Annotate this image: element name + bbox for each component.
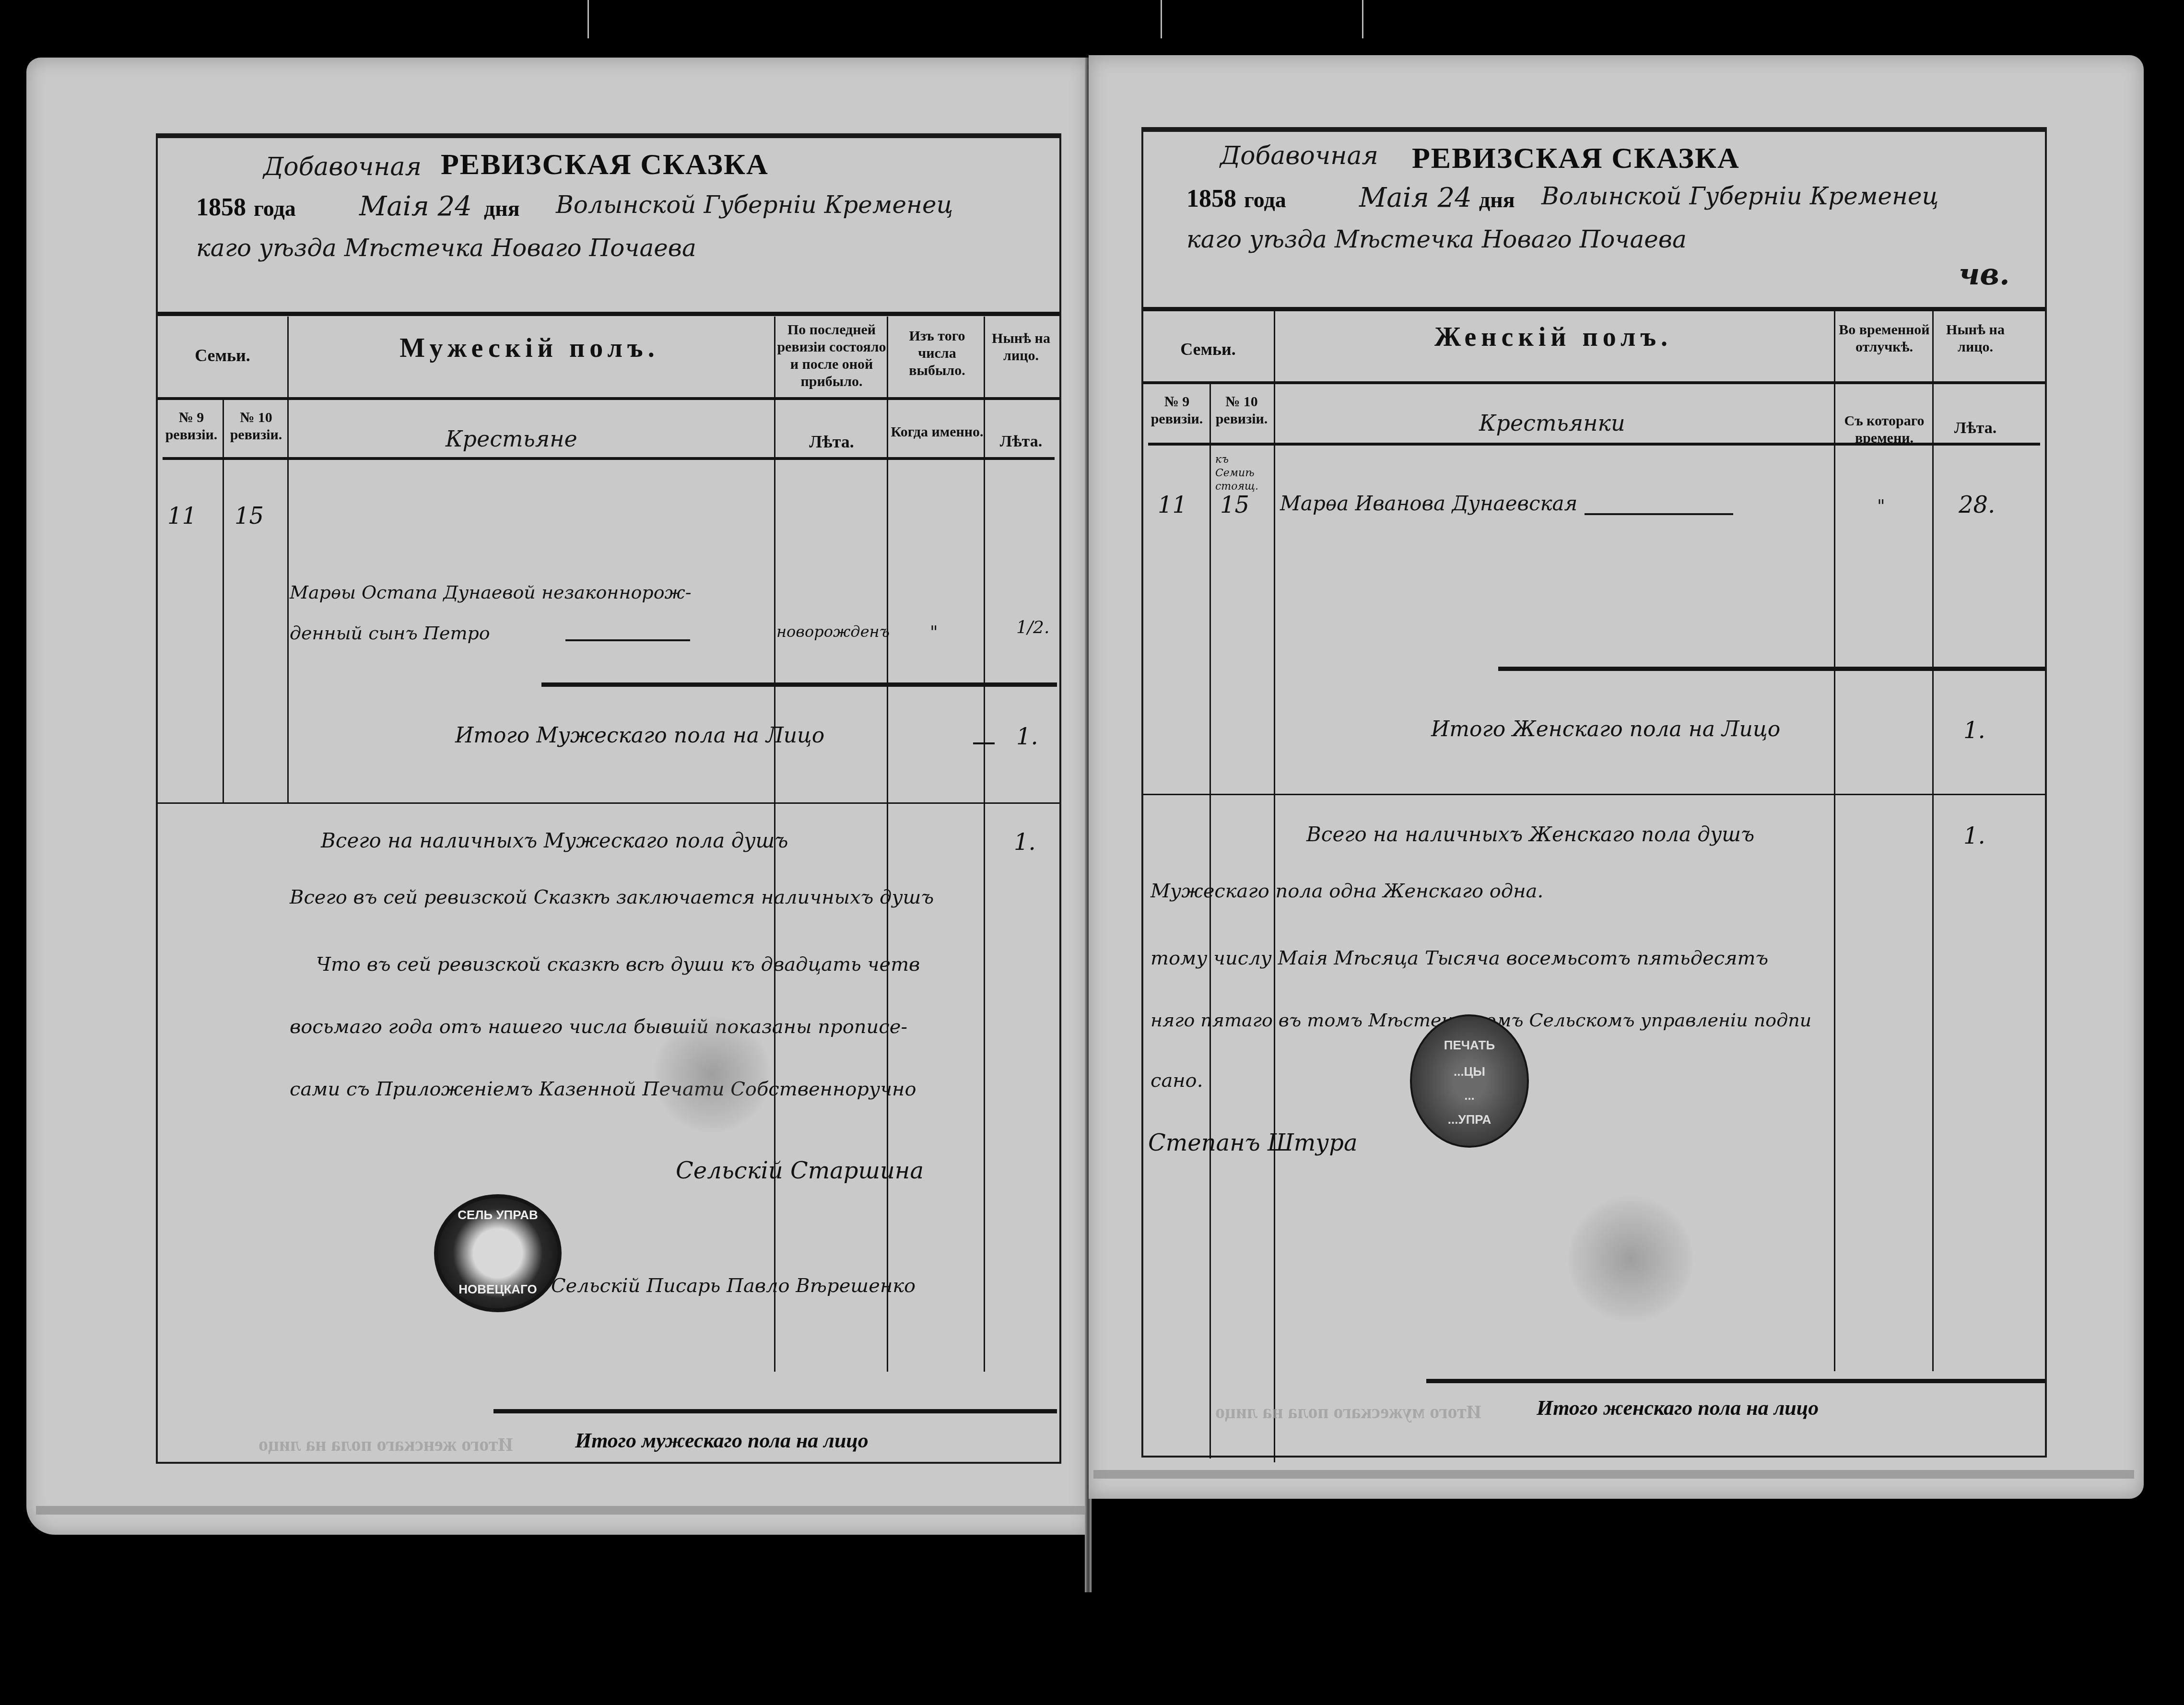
- subcol-years-now: Лѣта.: [985, 433, 1057, 450]
- header-district: каго уѣзда Мѣстечка Новаго Почаева: [196, 234, 696, 262]
- header-day-label: дня: [1479, 187, 1515, 212]
- seal-text-bottom: НОВЕЦКАГО: [438, 1282, 558, 1297]
- header-date: Маія 24: [1359, 182, 1472, 213]
- subcol-estate: Крестьянки: [1479, 410, 1625, 436]
- summary-line3: Что въ сей ревизской сказкѣ всѣ души къ …: [316, 953, 920, 976]
- page-fold: [36, 1506, 1086, 1515]
- signature-clerk: Сельскій Писарь Павло Вѣрешенко: [551, 1275, 916, 1297]
- footer-rule: [1426, 1379, 2045, 1383]
- summary-line5: сами съ Приложеніемъ Казенной Печати Соб…: [290, 1078, 916, 1100]
- footer-total-female: Итого женскаго пола на лицо: [1537, 1396, 1819, 1420]
- header-day-label: дня: [484, 196, 520, 221]
- summary-line1: Всего на наличныхъ Женскаго пола душъ: [1306, 823, 1754, 846]
- col-family: Семьи.: [158, 347, 287, 364]
- footer-mirror-bleed: Итого мужескаго пола на лицо: [1215, 1400, 1481, 1423]
- faded-seal-impression: [650, 1017, 775, 1132]
- signature-signer: Степанъ Штура: [1148, 1129, 1358, 1156]
- row-rev9: 11: [167, 503, 197, 529]
- summary-line5: сано.: [1151, 1070, 1203, 1092]
- page-fold: [1093, 1470, 2134, 1479]
- header-year: 1858: [1186, 185, 1236, 213]
- seal-text-line: ...ЦЫ: [1412, 1064, 1527, 1079]
- summary-line1-value: 1.: [1963, 823, 1985, 849]
- header-year-label: года: [254, 196, 296, 221]
- subcol-rev9: № 9 ревизіи.: [1146, 393, 1208, 428]
- left-page: Добавочная РЕВИЗСКАЯ СКАЗКА 1858 года Ма…: [26, 58, 1089, 1535]
- document-title: РЕВИЗСКАЯ СКАЗКА: [441, 148, 769, 182]
- entry-dash: [565, 639, 690, 641]
- subtotal-rule: [541, 682, 1057, 687]
- subcol-years-now: Лѣта.: [1935, 420, 2016, 437]
- subtotal-label: Итого Женскаго пола на Лицо: [1431, 717, 1780, 741]
- row-rev10-note: къ Семиѣ стоящ.: [1215, 453, 1268, 494]
- subtotal-rule: [1498, 667, 2045, 671]
- col-sex-male: Мужескій полъ.: [287, 340, 772, 357]
- seal-text-line: ...: [1412, 1088, 1527, 1103]
- row-entry: Марѳа Иванова Дунаевская: [1280, 492, 1577, 515]
- header-prefix: Добавочная: [263, 153, 422, 181]
- subcol-since-when: Съ котораго времени.: [1836, 412, 1932, 447]
- col-family: Семьи.: [1143, 341, 1273, 358]
- subtotal-value: 1.: [1016, 723, 1038, 750]
- row-since-when: ": [1877, 496, 1885, 516]
- col-temporary-absence: Во временной отлучкѣ.: [1836, 321, 1932, 356]
- col-divider: [1932, 311, 1934, 1371]
- signature-elder: Сельскій Старшина: [676, 1157, 924, 1184]
- subcol-years: Лѣта.: [776, 433, 887, 450]
- summary-line3: тому числу Маія Мѣсяца Тысяча восемьсотъ…: [1151, 947, 1768, 969]
- subcol-when: Когда именно.: [889, 423, 985, 441]
- row-years-now: 1/2.: [1016, 618, 1049, 637]
- binding-mark: [1362, 0, 1363, 38]
- seal-text-line: ПЕЧАТЬ: [1412, 1038, 1527, 1053]
- col-divider: [1834, 311, 1835, 1371]
- subheader-rule: [1148, 443, 2040, 446]
- row-entry-line1: Марѳы Остапа Дунаевой незаконнорож-: [290, 582, 692, 603]
- summary-line4: восьмаго года отъ нашего числа бывшій по…: [290, 1016, 907, 1038]
- header-year-label: года: [1244, 187, 1286, 212]
- faded-seal-impression: [1568, 1192, 1693, 1326]
- col-divider: [223, 400, 224, 802]
- subtotal-label: Итого Мужескаго пола на Лицо: [455, 723, 824, 748]
- village-administration-seal: ПЕЧАТЬ ...ЦЫ ... ...УПРА: [1410, 1014, 1529, 1148]
- col-now-present: Нынѣ на лицо.: [985, 330, 1057, 365]
- summary-top-rule: [158, 802, 1059, 804]
- col-divider: [287, 317, 289, 802]
- subcol-rev10: № 10 ревизіи.: [1210, 393, 1273, 428]
- table-top-rule: [1143, 307, 2045, 311]
- col-divider: [887, 317, 888, 1372]
- footer-total-male: Итого мужескаго пола на лицо: [575, 1428, 869, 1453]
- summary-line2: Всего въ сей ревизской Сказкѣ заключаетс…: [290, 886, 934, 908]
- footer-mirror-bleed: Итого женскаго пола на лицо: [258, 1433, 513, 1456]
- col-by-last-revision: По последней ревизіи состояло и после он…: [776, 321, 887, 390]
- footer-rule: [493, 1409, 1057, 1413]
- seal-text-top: СЕЛЬ УПРАВ: [438, 1208, 558, 1223]
- subtotal-dash: [973, 742, 995, 744]
- subcol-rev9: № 9 ревизіи.: [160, 409, 223, 444]
- header-mid-rule: [158, 397, 1059, 400]
- administration-seal: СЕЛЬ УПРАВ НОВЕЦКАГО: [434, 1194, 562, 1312]
- entry-dash: [1585, 513, 1733, 515]
- row-years: новорожденъ: [776, 623, 890, 641]
- subcol-rev10: № 10 ревизіи.: [225, 409, 287, 444]
- col-sex-female: Женскій полъ.: [1273, 329, 1834, 346]
- row-rev9: 11: [1158, 492, 1187, 518]
- binding-mark: [587, 0, 589, 38]
- table-top-rule: [158, 312, 1059, 316]
- binding-mark: [1161, 0, 1162, 38]
- row-rev10: 15: [235, 503, 264, 529]
- seal-text-line: ...УПРА: [1412, 1112, 1527, 1127]
- summary-top-rule: [1143, 794, 2045, 795]
- col-divider: [984, 317, 985, 1372]
- summary-line2: Мужескаго пола одна Женскаго одна.: [1151, 880, 1543, 902]
- summary-line1-value: 1.: [1014, 829, 1036, 856]
- col-from-that-number: Изъ того числа выбыло.: [889, 328, 985, 379]
- col-divider: [1209, 384, 1211, 1458]
- header-prefix: Добавочная: [1220, 141, 1378, 170]
- left-form-frame: Добавочная РЕВИЗСКАЯ СКАЗКА 1858 года Ма…: [156, 133, 1061, 1464]
- header-province: Волынской Губерніи Кременец: [1541, 182, 1938, 210]
- summary-line1: Всего на наличныхъ Мужескаго пола душъ: [321, 829, 788, 852]
- folio-number: чв.: [1959, 257, 2010, 292]
- document-title: РЕВИЗСКАЯ СКАЗКА: [1412, 141, 1740, 176]
- subheader-rule: [163, 457, 1055, 460]
- header-mid-rule: [1143, 381, 2045, 384]
- subtotal-value: 1.: [1963, 717, 1985, 744]
- col-now-present: Нынѣ на лицо.: [1935, 321, 2016, 356]
- subcol-estate: Крестьяне: [446, 426, 577, 452]
- row-when: ": [930, 623, 938, 642]
- header-province: Волынской Губерніи Кременец: [556, 191, 953, 219]
- header-district: каго уѣзда Мѣстечка Новаго Почаева: [1186, 225, 1687, 253]
- row-rev10: 15: [1220, 492, 1249, 518]
- row-entry-line2: денный сынъ Петро: [290, 623, 490, 644]
- right-page: Добавочная РЕВИЗСКАЯ СКАЗКА 1858 года Ма…: [1089, 55, 2144, 1499]
- row-years-now: 28.: [1959, 492, 1995, 518]
- header-date: Маія 24: [359, 191, 472, 222]
- header-year: 1858: [196, 193, 246, 222]
